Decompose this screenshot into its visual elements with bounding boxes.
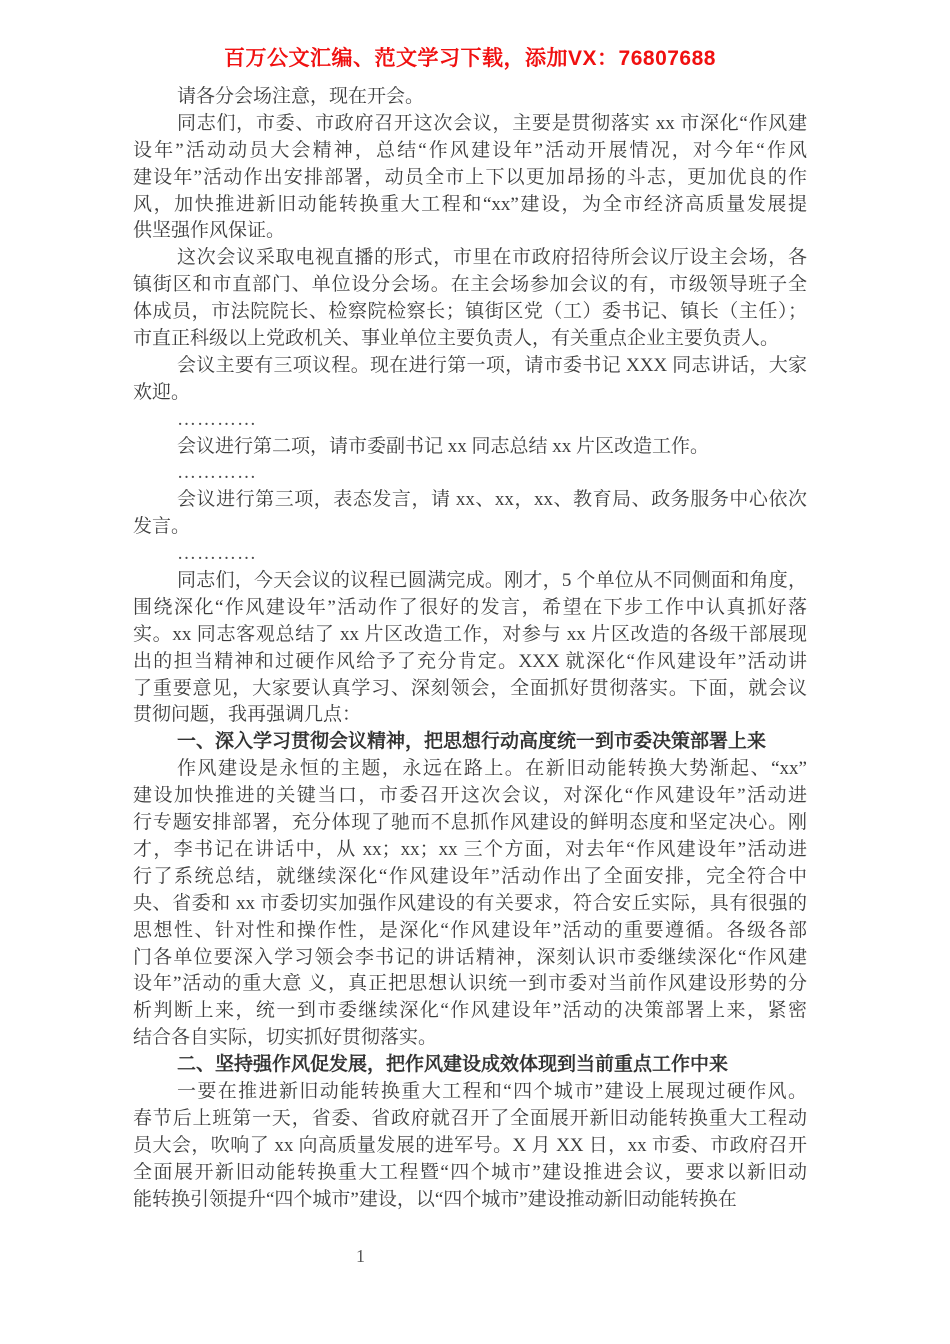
- paragraph: 同志们，今天会议的议程已圆满完成。刚才，5 个单位从不同侧面和角度，围绕深化“作…: [133, 568, 807, 729]
- text-line: 全面展开新旧动能转换重大工程暨“四个城市”建设推进会议，要求以新旧动: [133, 1160, 807, 1187]
- text-line: 作风建设是永恒的主题，永远在路上。在新旧动能转换大势渐起、“xx”: [133, 756, 807, 783]
- text-line: 建设年”活动作出安排部署，动员全市上下以更加昂扬的斗志，更加优良的作: [133, 165, 807, 192]
- text-line: …………: [133, 460, 807, 487]
- paragraph: 这次会议采取电视直播的形式，市里在市政府招待所会议厅设主会场，各镇街区和市直部门…: [133, 245, 807, 353]
- text-line: 这次会议采取电视直播的形式，市里在市政府招待所会议厅设主会场，各: [133, 245, 807, 272]
- text-line: 市直正科级以上党政机关、事业单位主要负责人，有关重点企业主要负责人。: [133, 326, 807, 353]
- text-line: 设年”活动的重大意 义，真正把思想认识统一到市委对当前作风建设形势的分: [133, 971, 807, 998]
- text-line: 建设加快推进的关键当口，市委召开这次会议，对深化“作风建设年”活动进: [133, 783, 807, 810]
- text-line: 能转换引领提升“四个城市”建设，以“四个城市”建设推动新旧动能转换在: [133, 1187, 807, 1214]
- page-number: 1: [356, 1246, 376, 1267]
- text-line: 析判断上来，统一到市委继续深化“作风建设年”活动的决策部署上来，紧密: [133, 998, 807, 1025]
- paragraph: 会议进行第二项，请市委副书记 xx 同志总结 xx 片区改造工作。: [133, 434, 807, 461]
- text-line: 一要在推进新旧动能转换重大工程和“四个城市”建设上展现过硬作风。: [133, 1079, 807, 1106]
- text-line: 思想性、针对性和操作性，是深化“作风建设年”活动的重要遵循。各级各部: [133, 918, 807, 945]
- text-line: 员大会，吹响了 xx 向高质量发展的进军号。X 月 XX 日，xx 市委、市政府…: [133, 1133, 807, 1160]
- text-line: 风，加快推进新旧动能转换重大工程和“xx”建设，为全市经济高质量发展提: [133, 192, 807, 219]
- section-heading: 二、坚持强作风促发展，把作风建设成效体现到当前重点工作中来: [133, 1052, 807, 1079]
- text-line: 结合各自实际，切实抓好贯彻落实。: [133, 1025, 807, 1052]
- text-line: 请各分会场注意，现在开会。: [133, 84, 807, 111]
- document-content: 请各分会场注意，现在开会。同志们，市委、市政府召开这次会议，主要是贯彻落实 xx…: [133, 84, 807, 1213]
- paragraph: 作风建设是永恒的主题，永远在路上。在新旧动能转换大势渐起、“xx”建设加快推进的…: [133, 756, 807, 1052]
- paragraph: 一要在推进新旧动能转换重大工程和“四个城市”建设上展现过硬作风。春节后上班第一天…: [133, 1079, 807, 1213]
- paragraph: 会议进行第三项，表态发言，请 xx、xx，xx、教育局、政务服务中心依次发言。: [133, 487, 807, 541]
- text-line: 镇街区和市直部门、单位设分会场。在主会场参加会议的有，市级领导班子全: [133, 272, 807, 299]
- text-line: 行了系统总结，就继续深化“作风建设年”活动作出了全面安排，完全符合中: [133, 864, 807, 891]
- text-line: 门各单位要深入学习领会李书记的讲话精神，深刻认识市委继续深化“作风建: [133, 945, 807, 972]
- text-line: 才，李书记在讲话中，从 xx；xx；xx 三个方面，对去年“作风建设年”活动进: [133, 837, 807, 864]
- text-line: 会议主要有三项议程。现在进行第一项，请市委书记 XXX 同志讲话，大家: [133, 353, 807, 380]
- text-line: 二、坚持强作风促发展，把作风建设成效体现到当前重点工作中来: [133, 1052, 807, 1079]
- text-line: 春节后上班第一天，省委、省政府就召开了全面展开新旧动能转换重大工程动: [133, 1106, 807, 1133]
- ad-banner-text: 百万公文汇编、范文学习下载，添加VX：76807688: [133, 45, 807, 73]
- text-line: 会议进行第二项，请市委副书记 xx 同志总结 xx 片区改造工作。: [133, 434, 807, 461]
- paragraph: 会议主要有三项议程。现在进行第一项，请市委书记 XXX 同志讲话，大家欢迎。: [133, 353, 807, 407]
- text-line: 出的担当精神和过硬作风给予了充分肯定。XXX 就深化“作风建设年”活动讲: [133, 649, 807, 676]
- text-line: 一、深入学习贯彻会议精神，把思想行动高度统一到市委决策部署上来: [133, 729, 807, 756]
- dots-separator: …………: [133, 460, 807, 487]
- text-line: 同志们，今天会议的议程已圆满完成。刚才，5 个单位从不同侧面和角度，: [133, 568, 807, 595]
- text-line: 同志们，市委、市政府召开这次会议，主要是贯彻落实 xx 市深化“作风建: [133, 111, 807, 138]
- paragraph: 请各分会场注意，现在开会。: [133, 84, 807, 111]
- text-line: 设年”活动动员大会精神，总结“作风建设年”活动开展情况，对今年“作风: [133, 138, 807, 165]
- text-line: 行专题安排部署，充分体现了驰而不息抓作风建设的鲜明态度和坚定决心。刚: [133, 810, 807, 837]
- text-line: 实。xx 同志客观总结了 xx 片区改造工作，对参与 xx 片区改造的各级干部展…: [133, 622, 807, 649]
- text-line: 发言。: [133, 514, 807, 541]
- text-line: 了重要意见，大家要认真学习、深刻领会，全面抓好贯彻落实。下面，就会议: [133, 676, 807, 703]
- text-line: 会议进行第三项，表态发言，请 xx、xx，xx、教育局、政务服务中心依次: [133, 487, 807, 514]
- dots-separator: …………: [133, 407, 807, 434]
- text-line: 体成员，市法院院长、检察院检察长；镇街区党（工）委书记、镇长（主任）；: [133, 299, 807, 326]
- text-line: 央、省委和 xx 市委切实加强作风建设的有关要求，符合安丘实际，具有很强的: [133, 891, 807, 918]
- text-line: …………: [133, 407, 807, 434]
- document-page: 百万公文汇编、范文学习下载，添加VX：76807688 请各分会场注意，现在开会…: [0, 0, 950, 1344]
- text-line: 欢迎。: [133, 380, 807, 407]
- text-line: 贯彻问题，我再强调几点：: [133, 702, 807, 729]
- text-line: 供坚强作风保证。: [133, 218, 807, 245]
- section-heading: 一、深入学习贯彻会议精神，把思想行动高度统一到市委决策部署上来: [133, 729, 807, 756]
- text-line: 围绕深化“作风建设年”活动作了很好的发言，希望在下步工作中认真抓好落: [133, 595, 807, 622]
- dots-separator: …………: [133, 541, 807, 568]
- paragraph: 同志们，市委、市政府召开这次会议，主要是贯彻落实 xx 市深化“作风建设年”活动…: [133, 111, 807, 245]
- text-line: …………: [133, 541, 807, 568]
